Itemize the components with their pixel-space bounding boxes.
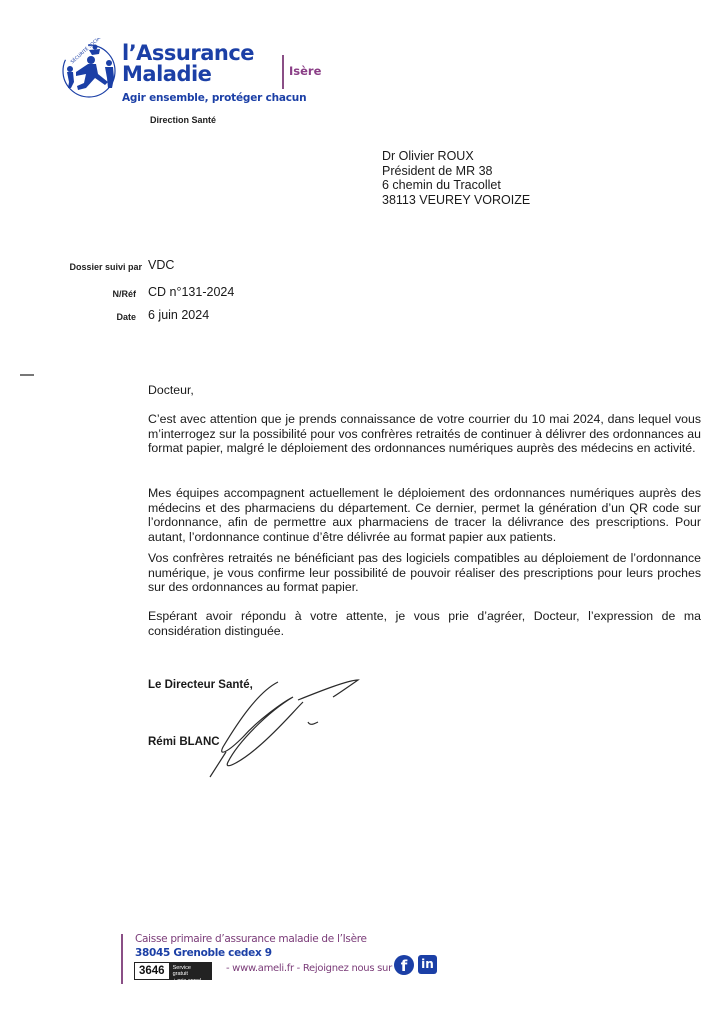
recipient-street: 6 chemin du Tracollet	[382, 178, 530, 193]
social-text: Rejoignez nous sur	[303, 963, 392, 974]
footer-organization: Caisse primaire d’assurance maladie de l…	[135, 933, 367, 945]
date-label: Date	[16, 312, 136, 322]
brand-tagline: Agir ensemble, protéger chacun	[122, 92, 306, 104]
recipient-address: Dr Olivier ROUX Président de MR 38 6 che…	[382, 149, 530, 207]
brand-name: l’Assurance Maladie	[122, 43, 254, 85]
phone-tag-line-1: Service gratuit	[173, 965, 191, 978]
fold-mark	[20, 374, 34, 376]
recipient-name: Dr Olivier ROUX	[382, 149, 530, 164]
footer-divider	[121, 934, 123, 984]
paragraph-text: C’est avec attention que je prends conna…	[148, 412, 701, 456]
footer-city: 38045 Grenoble cedex 9	[135, 947, 272, 959]
letter-paragraph-3: Vos confrères retraités ne bénéficiant p…	[148, 551, 701, 595]
letter-paragraph-2: Mes équipes accompagnent actuellement le…	[148, 486, 701, 544]
phone-tag-line-2: + prix appel	[173, 978, 202, 984]
brand-line-1: l’Assurance	[122, 43, 254, 64]
phone-number: 3646	[135, 963, 169, 979]
phone-tag: Service gratuit + prix appel	[169, 963, 211, 979]
dossier-value: VDC	[148, 258, 174, 272]
phone-number-badge[interactable]: 3646 Service gratuit + prix appel	[134, 962, 212, 980]
region-name: Isère	[289, 64, 321, 78]
reference-value: CD n°131-2024	[148, 285, 234, 299]
department-name: Direction Santé	[150, 115, 216, 125]
website-link[interactable]: - www.ameli.fr -	[226, 963, 300, 974]
paragraph-text: Vos confrères retraités ne bénéficiant p…	[148, 551, 701, 595]
recipient-title: Président de MR 38	[382, 164, 530, 179]
recipient-city: 38113 VEUREY VOROIZE	[382, 193, 530, 208]
paragraph-text: Mes équipes accompagnent actuellement le…	[148, 486, 701, 544]
handwritten-signature	[198, 672, 368, 782]
date-value: 6 juin 2024	[148, 308, 209, 322]
letter-paragraph-1: C’est avec attention que je prends conna…	[148, 412, 701, 456]
assurance-maladie-emblem-icon: SÉCURITÉ SOCIALE	[58, 38, 120, 100]
linkedin-icon[interactable]: in	[418, 955, 437, 974]
paragraph-text: Espérant avoir répondu à votre attente, …	[148, 609, 701, 638]
letter-paragraph-4: Espérant avoir répondu à votre attente, …	[148, 609, 701, 638]
header-divider	[282, 55, 284, 89]
letter-greeting: Docteur,	[148, 383, 194, 397]
reference-label: N/Réf	[16, 289, 136, 299]
footer-links: - www.ameli.fr - Rejoignez nous sur	[226, 963, 392, 974]
facebook-icon[interactable]: f	[394, 955, 414, 975]
dossier-label: Dossier suivi par	[22, 262, 142, 272]
brand-line-2: Maladie	[122, 64, 254, 85]
